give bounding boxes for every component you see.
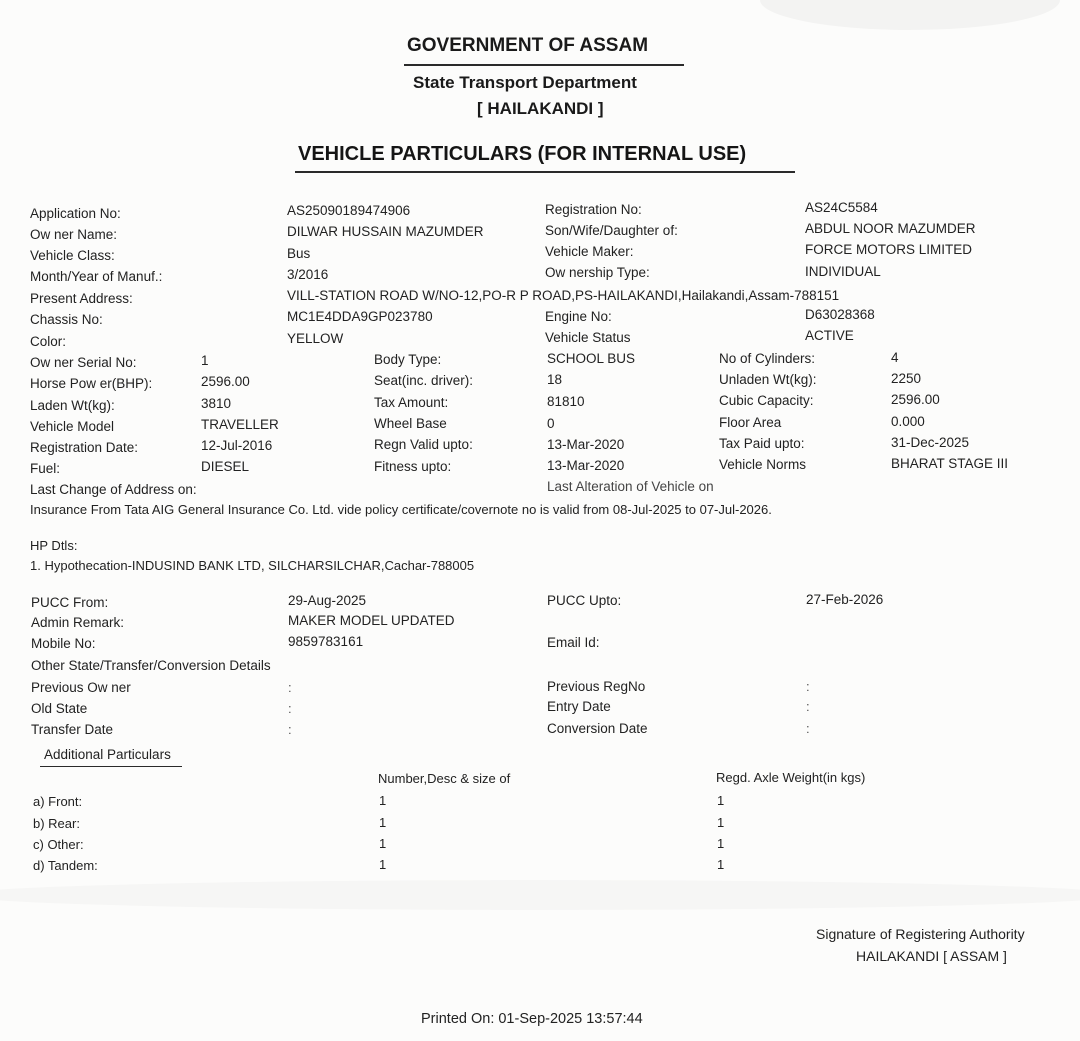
axle-label: c) Other: [33, 837, 84, 852]
field-label: Floor Area [719, 415, 781, 430]
vehicle-model: TRAVELLER [201, 417, 279, 432]
registration-no: AS24C5584 [805, 200, 878, 215]
body-type: SCHOOL BUS [547, 351, 635, 366]
admin-remark: MAKER MODEL UPDATED [288, 613, 455, 628]
field-label: Ow nership Type: [545, 265, 650, 280]
field-label: Son/Wife/Daughter of: [545, 223, 678, 238]
column-header: Number,Desc & size of [378, 771, 510, 786]
axle-number: 1 [379, 857, 386, 872]
axle-weight: 1 [717, 836, 724, 851]
vehicle-norms: BHARAT STAGE III [891, 456, 1008, 471]
axle-label: a) Front: [33, 794, 82, 809]
field-label: Horse Pow er(BHP): [30, 376, 152, 391]
signature-label: Signature of Registering Authority [816, 926, 1025, 942]
application-no: AS25090189474906 [287, 203, 410, 218]
field-label: Mobile No: [31, 636, 96, 651]
field-label: Seat(inc. driver): [374, 373, 473, 388]
unladen-weight: 2250 [891, 371, 921, 386]
document-title: VEHICLE PARTICULARS (FOR INTERNAL USE) [298, 143, 746, 166]
column-header: Regd. Axle Weight(in kgs) [716, 770, 865, 785]
field-label: Ow ner Serial No: [30, 355, 137, 370]
field-label: No of Cylinders: [719, 351, 815, 366]
separator: : [288, 680, 292, 695]
field-label: Ow ner Name: [30, 227, 117, 242]
separator: : [288, 701, 292, 716]
field-label: Cubic Capacity: [719, 393, 814, 408]
axle-label: d) Tandem: [33, 858, 98, 873]
last-change-address-label: Last Change of Address on: [30, 482, 197, 497]
engine-no: D63028368 [805, 307, 875, 322]
fitness-upto: 13-Mar-2020 [547, 458, 624, 473]
field-label: PUCC Upto: [547, 593, 621, 608]
registration-date: 12-Jul-2016 [201, 438, 272, 453]
field-label: Registration Date: [30, 440, 138, 455]
scan-fold [0, 880, 1080, 910]
signature-office: HAILAKANDI [ ASSAM ] [856, 948, 1007, 964]
field-label: Vehicle Status [545, 330, 631, 345]
field-label: Engine No: [545, 309, 612, 324]
field-label: Transfer Date [31, 722, 113, 737]
field-label: Previous RegNo [547, 679, 645, 694]
field-label: Application No: [30, 206, 121, 221]
insurance-details: Insurance From Tata AIG General Insuranc… [30, 502, 772, 517]
axle-number: 1 [379, 836, 386, 851]
field-label: Wheel Base [374, 416, 447, 431]
additional-heading-rule [40, 766, 182, 767]
last-alteration-label: Last Alteration of Vehicle on [547, 479, 714, 494]
wheel-base: 0 [547, 416, 555, 431]
field-label: Registration No: [545, 202, 642, 217]
separator: : [806, 679, 810, 694]
field-label: Vehicle Model [30, 419, 114, 434]
field-label: Vehicle Class: [30, 248, 115, 263]
tax-amount: 81810 [547, 394, 585, 409]
field-label: PUCC From: [31, 595, 108, 610]
hp-details-label: HP Dtls: [30, 538, 77, 553]
field-label: Email Id: [547, 635, 600, 650]
field-label: Fuel: [30, 461, 60, 476]
regn-valid-upto: 13-Mar-2020 [547, 437, 624, 452]
field-label: Unladen Wt(kg): [719, 372, 817, 387]
tax-paid-upto: 31-Dec-2025 [891, 435, 969, 450]
field-label: Color: [30, 334, 66, 349]
seat-capacity: 18 [547, 372, 562, 387]
axle-label: b) Rear: [33, 816, 80, 831]
header-rule [404, 64, 684, 66]
axle-weight: 1 [717, 815, 724, 830]
horse-power: 2596.00 [201, 374, 250, 389]
chassis-no: MC1E4DDA9GP023780 [287, 309, 433, 324]
field-label: Present Address: [30, 291, 133, 306]
field-label: Conversion Date [547, 721, 648, 736]
field-label: Previous Ow ner [31, 680, 131, 695]
cubic-capacity: 2596.00 [891, 392, 940, 407]
vehicle-class: Bus [287, 246, 310, 261]
vehicle-particulars-document: GOVERNMENT OF ASSAM State Transport Depa… [0, 0, 1080, 1041]
vehicle-maker: FORCE MOTORS LIMITED [805, 242, 972, 257]
axle-weight: 1 [717, 793, 724, 808]
field-label: Vehicle Maker: [545, 244, 634, 259]
additional-heading: Additional Particulars [44, 747, 171, 762]
office-heading: [ HAILAKANDI ] [477, 99, 604, 119]
owner-name: DILWAR HUSSAIN MAZUMDER [287, 224, 484, 239]
vehicle-status: ACTIVE [805, 328, 854, 343]
scan-shadow [760, 0, 1060, 30]
title-rule [295, 171, 795, 173]
transfer-heading: Other State/Transfer/Conversion Details [31, 658, 271, 673]
department-heading: State Transport Department [413, 73, 637, 93]
no-of-cylinders: 4 [891, 350, 899, 365]
axle-number: 1 [379, 793, 386, 808]
axle-number: 1 [379, 815, 386, 830]
field-label: Old State [31, 701, 87, 716]
field-label: Admin Remark: [31, 615, 124, 630]
field-label: Month/Year of Manuf.: [30, 269, 162, 284]
floor-area: 0.000 [891, 414, 925, 429]
field-label: Entry Date [547, 699, 611, 714]
present-address: VILL-STATION ROAD W/NO-12,PO-R P ROAD,PS… [287, 288, 839, 303]
printed-on: Printed On: 01-Sep-2025 13:57:44 [421, 1011, 643, 1027]
field-label: Tax Paid upto: [719, 436, 805, 451]
field-label: Chassis No: [30, 312, 103, 327]
manufacture-date: 3/2016 [287, 267, 328, 282]
field-label: Tax Amount: [374, 395, 448, 410]
fuel-type: DIESEL [201, 459, 249, 474]
laden-weight: 3810 [201, 396, 231, 411]
relation-name: ABDUL NOOR MAZUMDER [805, 221, 976, 236]
separator: : [288, 722, 292, 737]
axle-weight: 1 [717, 857, 724, 872]
field-label: Fitness upto: [374, 459, 451, 474]
ownership-type: INDIVIDUAL [805, 264, 881, 279]
field-label: Vehicle Norms [719, 457, 806, 472]
hypothecation-details: 1. Hypothecation-INDUSIND BANK LTD, SILC… [30, 558, 474, 573]
field-label: Regn Valid upto: [374, 437, 473, 452]
separator: : [806, 699, 810, 714]
government-heading: GOVERNMENT OF ASSAM [407, 35, 648, 57]
field-label: Body Type: [374, 352, 441, 367]
owner-serial-no: 1 [201, 353, 209, 368]
mobile-no: 9859783161 [288, 634, 363, 649]
separator: : [806, 721, 810, 736]
vehicle-color: YELLOW [287, 331, 343, 346]
pucc-from: 29-Aug-2025 [288, 593, 366, 608]
field-label: Laden Wt(kg): [30, 398, 115, 413]
pucc-upto: 27-Feb-2026 [806, 592, 883, 607]
